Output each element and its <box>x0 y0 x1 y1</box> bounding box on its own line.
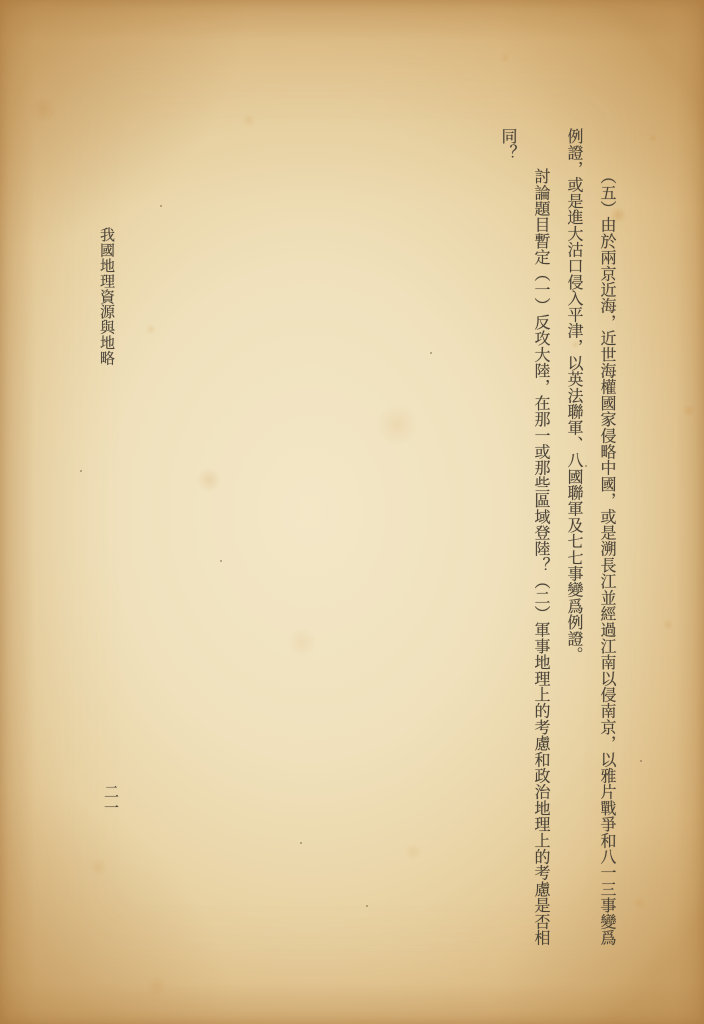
paragraph-discussion-topics: 討論題目暫定（一）反攻大陸，在那一或那些區域登陸？（二）軍事地理上的考慮和政治地… <box>525 128 558 950</box>
running-title: 我國地理資源與地略 <box>97 227 117 377</box>
main-text-block: （五）由於兩京近海，近世海權國家侵略中國，或是溯長江並經過江南以侵南京，以雅片戰… <box>492 128 624 950</box>
fox-stain <box>145 976 169 996</box>
fox-stain <box>88 858 108 876</box>
paper-speck <box>300 842 302 844</box>
paper-speck <box>366 905 368 907</box>
fox-stain <box>404 844 422 860</box>
fox-spot <box>632 896 648 910</box>
fox-stain <box>286 628 318 656</box>
paper-speck <box>160 205 162 207</box>
fox-spot <box>662 619 674 630</box>
fox-spot <box>648 134 658 143</box>
page-number: 二一 <box>102 784 120 816</box>
fox-stain <box>375 405 419 445</box>
paper-speck <box>430 352 432 354</box>
paragraph-item-5-continued: 例證，或是進大沽口侵入平津，以英法聯軍、八國聯軍及七七事變爲例證。 <box>558 128 591 950</box>
paragraph-item-5: （五）由於兩京近海，近世海權國家侵略中國，或是溯長江並經過江南以侵南京，以雅片戰… <box>591 128 624 950</box>
paper-speck <box>80 470 82 472</box>
fox-spot <box>499 52 511 63</box>
paper-speck <box>220 560 222 562</box>
fox-stain <box>196 468 222 492</box>
fox-spot <box>682 404 696 417</box>
paragraph-discussion-topics-continued: 同？ <box>492 128 525 950</box>
fox-spot <box>145 324 157 335</box>
fox-spot <box>242 114 256 127</box>
paper-speck <box>640 760 642 762</box>
scanned-book-page: （五）由於兩京近海，近世海權國家侵略中國，或是溯長江並經過江南以侵南京，以雅片戰… <box>0 0 704 1024</box>
fox-stain <box>28 96 58 122</box>
